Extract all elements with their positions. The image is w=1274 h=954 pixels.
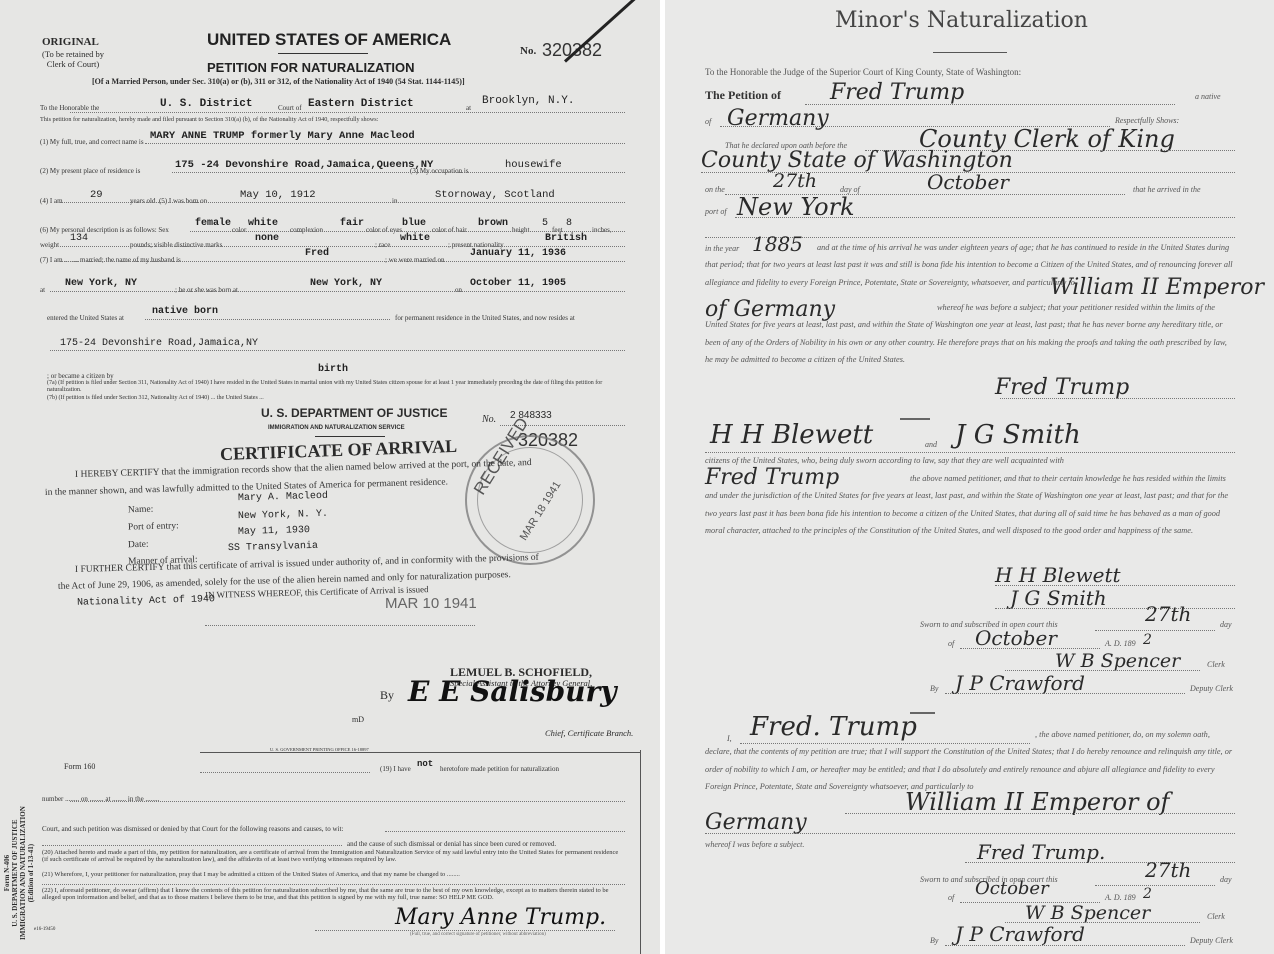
item-22: (22) I, aforesaid petitioner, do swear (… bbox=[42, 887, 622, 901]
oath-sworn-day: 27th bbox=[1145, 858, 1191, 882]
birth-date: May 10, 1912 bbox=[240, 189, 316, 201]
marriage-place: New York, NY bbox=[65, 278, 137, 289]
petition-of-label: The Petition of bbox=[705, 88, 781, 103]
oath-subject: whereof I was before a subject. bbox=[705, 840, 804, 849]
petitioner-name: MARY ANNE TRUMP formerly Mary Anne Macle… bbox=[150, 130, 415, 142]
petitioner-signature: Fred Trump bbox=[995, 375, 1129, 400]
document-title: Minor's Naturalization bbox=[835, 8, 1088, 33]
item-20: (20) Attached hereto and made a part of … bbox=[42, 849, 622, 863]
spouse-birth-date: October 11, 1905 bbox=[470, 278, 566, 289]
race-value: white bbox=[400, 233, 430, 244]
court-of-label: Court of bbox=[278, 104, 302, 112]
clerk-signature: W B Spencer bbox=[1055, 650, 1180, 672]
original-label: ORIGINAL bbox=[42, 36, 99, 48]
court-address: To the Honorable the Judge of the Superi… bbox=[705, 67, 1021, 77]
oath-deputy-signature: J P Crawford bbox=[955, 922, 1085, 946]
oath-of-label: of bbox=[948, 893, 954, 902]
oath-ad-label: A. D. 189 bbox=[1105, 893, 1136, 902]
salisbury-signature: E E Salisbury bbox=[408, 675, 617, 708]
hair-label: color of hair bbox=[432, 226, 467, 234]
weight-value: 134 bbox=[70, 233, 88, 244]
spouse-birthplace: New York, NY bbox=[310, 278, 382, 289]
previous-petition-label: (19) I have bbox=[380, 765, 411, 773]
height-label: height bbox=[512, 226, 530, 234]
note-7b: (7b) (If petition is filed under Section… bbox=[47, 395, 264, 401]
oath-day-label: day bbox=[1220, 875, 1232, 884]
port-label: port of bbox=[705, 207, 727, 216]
petition-number-label: No. bbox=[520, 45, 536, 57]
and-label: and bbox=[925, 440, 937, 449]
complexion-value: fair bbox=[340, 218, 364, 229]
residence-label: (2) My present place of residence is bbox=[40, 167, 140, 175]
certificate-number-label: No. bbox=[482, 414, 496, 425]
port-of-entry: New York, N. Y. bbox=[238, 509, 328, 522]
side-label-department: U. S. DEPARTMENT OF JUSTICE bbox=[11, 806, 19, 940]
oath-deputy-label: Deputy Clerk bbox=[1190, 936, 1233, 945]
paragraph-2: whereof he was before a subject; that yo… bbox=[705, 299, 1235, 368]
petition-line: This petition for naturalization, hereby… bbox=[40, 116, 378, 123]
manner-value: SS Transylvania bbox=[228, 541, 318, 554]
cured-line: and the cause of such dismissal or denia… bbox=[347, 840, 556, 848]
witness-1-name: H H Blewett bbox=[710, 420, 873, 450]
witness-2-name: J G Smith bbox=[955, 420, 1081, 450]
occupation-label: (3) My occupation is bbox=[410, 167, 469, 175]
native-label: a native bbox=[1195, 92, 1221, 101]
side-label-service: IMMIGRATION AND NATURALIZATION bbox=[19, 806, 27, 940]
entered-label: entered the United States at bbox=[47, 314, 124, 322]
respectfully-shows: Respectfully Shows: bbox=[1115, 116, 1179, 125]
oath-sworn-month: October bbox=[975, 878, 1049, 899]
form-160-label: Form 160 bbox=[64, 762, 95, 771]
sex-value: female bbox=[195, 218, 231, 229]
married-on-label: ; we were married on bbox=[385, 256, 444, 264]
arrival-date: May 11, 1930 bbox=[238, 525, 310, 538]
witness-1-signature: H H Blewett bbox=[995, 563, 1121, 587]
oath-ad-year-digit: 2 bbox=[1143, 886, 1152, 902]
of-label: of bbox=[705, 117, 711, 126]
item-21: (21) Wherefore, I, your petitioner for n… bbox=[42, 871, 622, 878]
deputy-signature: J P Crawford bbox=[955, 671, 1085, 695]
issued-date-stamp: MAR 10 1941 bbox=[385, 595, 477, 612]
act-typed: Nationality Act of 1940 bbox=[77, 594, 215, 609]
retained-note: (To be retained by Clerk of Court) bbox=[36, 49, 110, 69]
nationality-value: British bbox=[545, 233, 587, 244]
eyes-label: color of eyes bbox=[366, 226, 402, 234]
permanent-label: for permanent residence in the United St… bbox=[395, 314, 575, 322]
hair-value: brown bbox=[478, 218, 508, 229]
marks-value: none bbox=[255, 233, 279, 244]
height-feet: 5 bbox=[542, 218, 548, 229]
by-label: By bbox=[930, 684, 938, 693]
received-stamp bbox=[465, 435, 595, 565]
arrival-name: Mary A. Macleod bbox=[238, 491, 328, 504]
declared-month: October bbox=[927, 170, 1009, 194]
mary-anne-trump-signature: Mary Anne Trump. bbox=[395, 905, 606, 930]
previous-petition-value: not bbox=[417, 759, 433, 769]
form-number: e16-19450 bbox=[34, 927, 55, 932]
residence-value: 175 -24 Devonshire Road,Jamaica,Queens,N… bbox=[175, 159, 433, 171]
eyes-value: blue bbox=[402, 218, 426, 229]
day-label: day bbox=[1220, 620, 1232, 629]
married-label: (7) I am ........ married; the name of m… bbox=[40, 256, 181, 264]
arrival-name-label: Name: bbox=[128, 505, 154, 516]
birth-in-label: in bbox=[392, 197, 397, 205]
signature-caption: (Full, true, and correct signature of pe… bbox=[410, 932, 546, 937]
weight-label: weight bbox=[40, 241, 59, 249]
witness-paragraph-2: the above named petitioner, and that to … bbox=[705, 470, 1235, 539]
color-label: color bbox=[232, 226, 246, 234]
marriage-date: January 11, 1936 bbox=[470, 248, 566, 259]
citizen-by: birth bbox=[318, 364, 348, 375]
race-label: ; race bbox=[375, 241, 390, 249]
witness-2-signature: J G Smith bbox=[1010, 586, 1107, 610]
initials: mD bbox=[352, 715, 364, 724]
inches-label: inches, bbox=[592, 226, 612, 234]
clerk-label: Clerk bbox=[1207, 660, 1225, 669]
chief-title: Chief, Certificate Branch. bbox=[545, 728, 633, 738]
court-district: Eastern District bbox=[308, 98, 414, 110]
marriage-at-label: at bbox=[40, 286, 45, 294]
resides-value: 175-24 Devonshire Road,Jamaica,NY bbox=[60, 338, 258, 349]
sworn-month: October bbox=[975, 626, 1057, 650]
oath-clerk-label: Clerk bbox=[1207, 912, 1225, 921]
sworn-day: 27th bbox=[1145, 602, 1191, 626]
ad-year-digit: 2 bbox=[1143, 632, 1152, 648]
petition-number: 320382 bbox=[542, 40, 602, 61]
port-of-entry-label: Port of entry: bbox=[128, 521, 179, 532]
court-at-label: at bbox=[466, 104, 471, 112]
arrival-date-label: Date: bbox=[128, 540, 149, 551]
ad-label: A. D. 189 bbox=[1105, 639, 1136, 648]
oath-sovereign: William II Emperor of bbox=[905, 788, 1169, 816]
page-edge bbox=[640, 750, 641, 954]
petitioner-name: Fred Trump bbox=[830, 80, 964, 105]
name-label: (1) My full, true, and correct name is bbox=[40, 138, 144, 146]
oath-sovereign-2: Germany bbox=[705, 810, 807, 835]
section-rule bbox=[900, 418, 930, 420]
birth-place: Stornoway, Scotland bbox=[435, 189, 555, 201]
native-of: Germany bbox=[727, 106, 829, 131]
court-name: U. S. District bbox=[160, 98, 252, 110]
citizen-label: ; or became a citizen by bbox=[47, 372, 114, 380]
previous-petition-suffix: heretofore made petition for naturalizat… bbox=[440, 765, 559, 773]
declared-day: 27th bbox=[773, 170, 817, 192]
document-subtitle: PETITION FOR NATURALIZATION bbox=[207, 60, 415, 75]
petition-for-naturalization-document: ORIGINAL (To be retained by Clerk of Cou… bbox=[0, 0, 660, 954]
court-dismissed-line: Court, and such petition was dismissed o… bbox=[42, 825, 343, 833]
on-the-label: on the bbox=[705, 185, 725, 194]
department-heading: U. S. DEPARTMENT OF JUSTICE bbox=[261, 406, 447, 420]
arrived-label: that he arrived in the bbox=[1133, 185, 1201, 194]
age-suffix: years old. (5) I was born on bbox=[130, 197, 207, 205]
title-rule bbox=[933, 52, 1007, 53]
description-label: (6) My personal description is as follow… bbox=[40, 226, 169, 234]
spouse-born-label: ; he or she was born at bbox=[175, 286, 238, 294]
act-line: [Of a Married Person, under Sec. 310(a) … bbox=[92, 77, 465, 86]
document-title: UNITED STATES OF AMERICA bbox=[207, 30, 451, 50]
oath-by-label: By bbox=[930, 936, 938, 945]
sovereign: William II Emperor bbox=[1050, 275, 1264, 300]
age-label: (4) I am bbox=[40, 197, 63, 205]
age-value: 29 bbox=[90, 189, 103, 201]
marks-label: pounds; visible distinctive marks bbox=[130, 241, 222, 249]
oath-paragraph: , the above named petitioner, do, on my … bbox=[705, 726, 1235, 795]
deputy-label: Deputy Clerk bbox=[1190, 684, 1233, 693]
by-label: By bbox=[380, 688, 394, 703]
of-label-2: of bbox=[948, 639, 954, 648]
side-label-form: Form N-406 bbox=[3, 806, 11, 940]
court-location: Brooklyn, N.Y. bbox=[482, 95, 574, 107]
side-label: Form N-406 U. S. DEPARTMENT OF JUSTICE I… bbox=[3, 806, 35, 940]
height-inches: 8 bbox=[566, 218, 572, 229]
side-label-edition: (Edition of 1-13-41) bbox=[27, 806, 35, 940]
complexion-label: complexion bbox=[290, 226, 323, 234]
husband-name: Fred bbox=[305, 248, 329, 259]
color-value: white bbox=[248, 218, 278, 229]
oath-signature: Fred Trump. bbox=[977, 840, 1105, 864]
court-prefix: To the Honorable the bbox=[40, 104, 99, 112]
service-heading: IMMIGRATION AND NATURALIZATION SERVICE bbox=[268, 425, 405, 431]
entered-value: native born bbox=[152, 306, 218, 317]
minors-naturalization-document: Minor's Naturalization To the Honorable … bbox=[665, 0, 1274, 954]
spouse-on-label: on bbox=[455, 286, 462, 294]
note-7a: (7a) (If petition is filed under Section… bbox=[47, 380, 617, 394]
occupation-value: housewife bbox=[505, 159, 562, 171]
oath-clerk-signature: W B Spencer bbox=[1025, 902, 1150, 924]
